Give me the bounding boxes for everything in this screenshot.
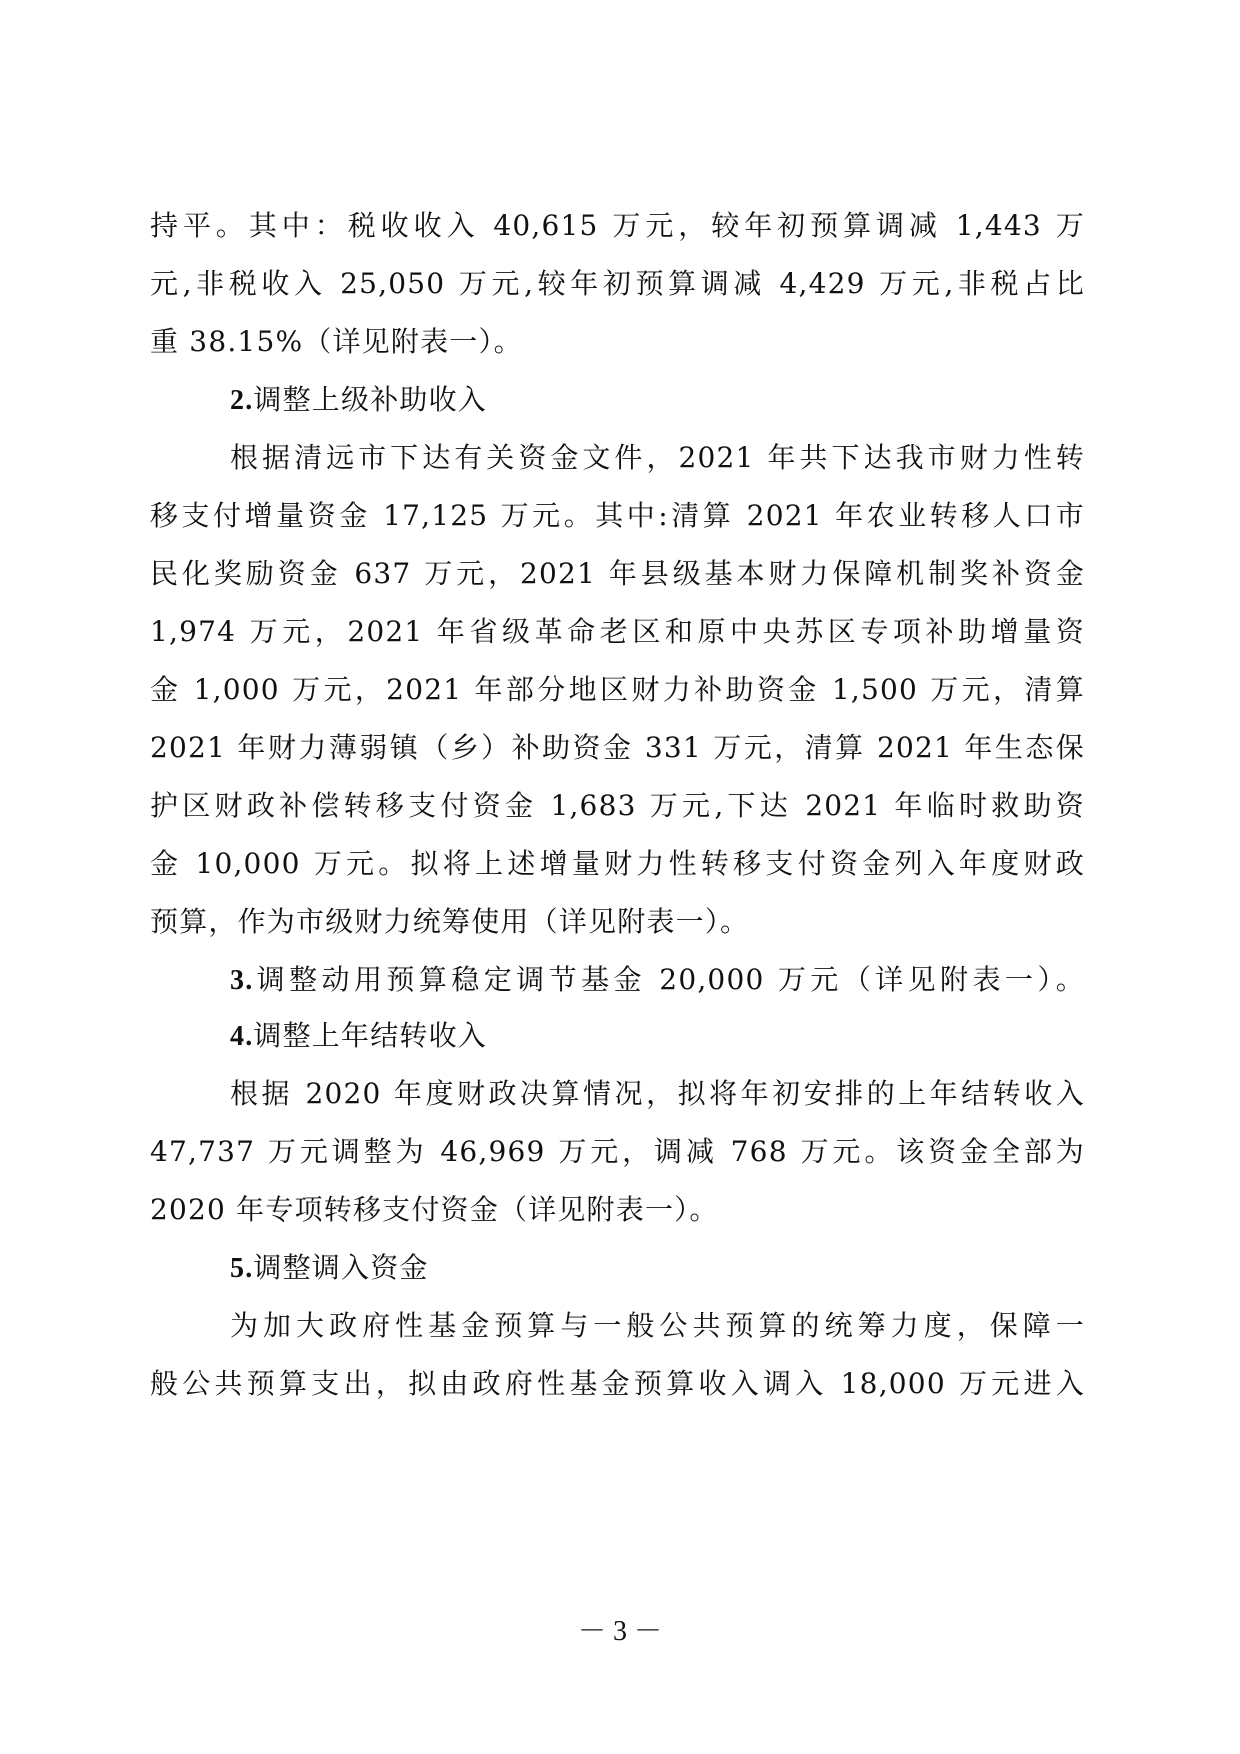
paragraph-line: 持平。其中：税收收入 40,615 万元，较年初预算调减 1,443 万 bbox=[150, 204, 1085, 248]
paragraph-line: 金 1,000 万元，2021 年部分地区财力补助资金 1,500 万元，清算 bbox=[150, 668, 1085, 712]
heading-text: 调整动用预算稳定调节基金 20,000 万元（详见附表一）。 bbox=[253, 963, 1085, 996]
paragraph-line: 根据 2020 年度财政决算情况，拟将年初安排的上年结转收入 bbox=[230, 1072, 1085, 1116]
heading-text: 调整调入资金 bbox=[253, 1251, 428, 1284]
section-heading-2: 2.调整上级补助收入 bbox=[230, 378, 1085, 422]
paragraph-line: 47,737 万元调整为 46,969 万元，调减 768 万元。该资金全部为 bbox=[150, 1130, 1085, 1174]
paragraph-line: 元,非税收入 25,050 万元,较年初预算调减 4,429 万元,非税占比 bbox=[150, 262, 1085, 306]
paragraph-line: 民化奖励资金 637 万元，2021 年县级基本财力保障机制奖补资金 bbox=[150, 552, 1085, 596]
paragraph-line: 护区财政补偿转移支付资金 1,683 万元,下达 2021 年临时救助资 bbox=[150, 784, 1085, 828]
page-number: － 3 － bbox=[0, 1612, 1240, 1652]
heading-number: 3. bbox=[230, 965, 253, 996]
paragraph-line: 预算，作为市级财力统筹使用（详见附表一）。 bbox=[150, 900, 1085, 944]
heading-text: 调整上级补助收入 bbox=[253, 383, 487, 416]
section-heading-5: 5.调整调入资金 bbox=[230, 1246, 1085, 1290]
paragraph-line: 1,974 万元，2021 年省级革命老区和原中央苏区专项补助增量资 bbox=[150, 610, 1085, 654]
heading-text: 调整上年结转收入 bbox=[253, 1019, 487, 1052]
paragraph-line: 金 10,000 万元。拟将上述增量财力性转移支付资金列入年度财政 bbox=[150, 842, 1085, 886]
paragraph-line: 重 38.15%（详见附表一）。 bbox=[150, 320, 1085, 364]
heading-number: 2. bbox=[230, 385, 253, 416]
paragraph-line: 2020 年专项转移支付资金（详见附表一）。 bbox=[150, 1188, 1085, 1232]
heading-number: 5. bbox=[230, 1253, 253, 1284]
paragraph-line: 2021 年财力薄弱镇（乡）补助资金 331 万元，清算 2021 年生态保 bbox=[150, 726, 1085, 770]
paragraph-line: 般公共预算支出，拟由政府性基金预算收入调入 18,000 万元进入 bbox=[150, 1362, 1085, 1406]
section-heading-4: 4.调整上年结转收入 bbox=[230, 1014, 1085, 1058]
paragraph-line: 移支付增量资金 17,125 万元。其中:清算 2021 年农业转移人口市 bbox=[150, 494, 1085, 538]
document-page: 持平。其中：税收收入 40,615 万元，较年初预算调减 1,443 万 元,非… bbox=[0, 0, 1240, 1754]
heading-number: 4. bbox=[230, 1021, 253, 1052]
paragraph-line: 根据清远市下达有关资金文件，2021 年共下达我市财力性转 bbox=[230, 436, 1085, 480]
paragraph-line: 为加大政府性基金预算与一般公共预算的统筹力度，保障一 bbox=[230, 1304, 1085, 1348]
section-heading-3: 3.调整动用预算稳定调节基金 20,000 万元（详见附表一）。 bbox=[230, 958, 1085, 1002]
